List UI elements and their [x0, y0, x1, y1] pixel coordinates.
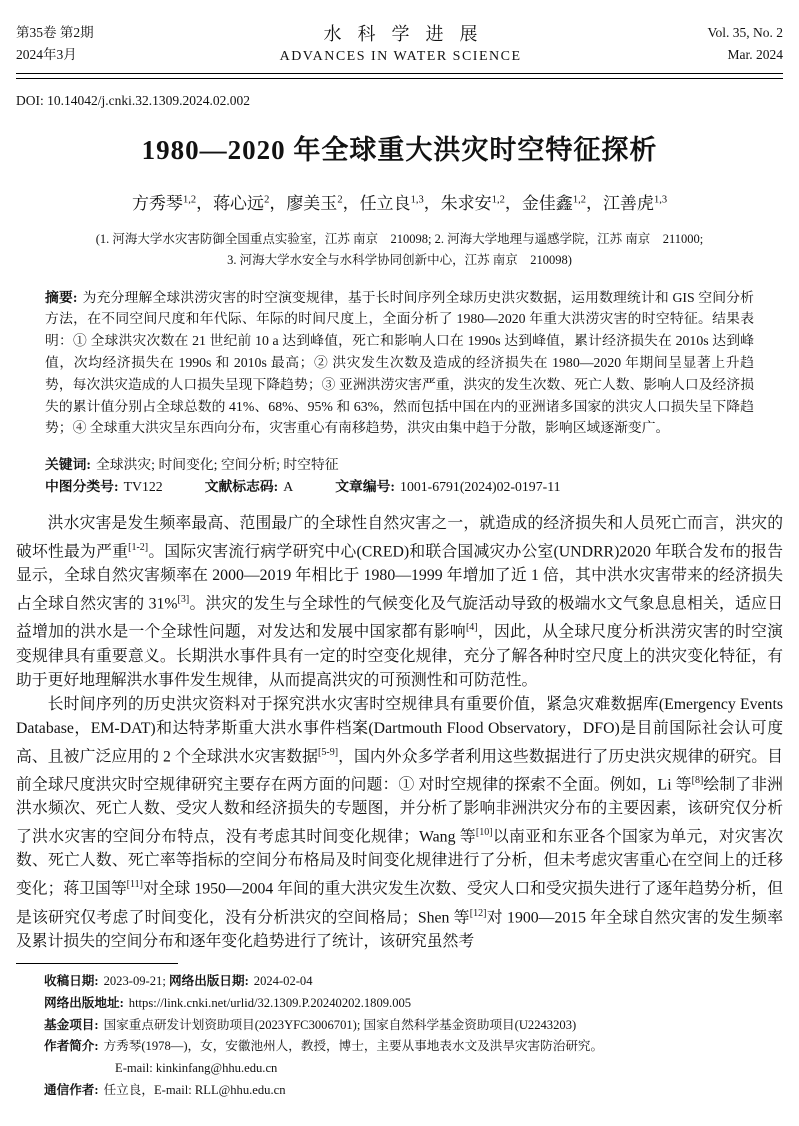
- journal-title-cn: 水科学进展: [94, 22, 708, 46]
- document-code-item: 文献标志码:A: [205, 479, 294, 494]
- received-date-label: 收稿日期:: [44, 974, 99, 988]
- online-date-label: 网络出版日期:: [169, 974, 249, 988]
- journal-volume-issue-cn: 第35卷 第2期: [16, 22, 94, 44]
- keywords-line: 关键词:全球洪灾; 时间变化; 空间分析; 时空特征: [45, 454, 754, 476]
- author-affil-superscript: 1,2: [573, 194, 586, 205]
- author-separator: ，: [343, 194, 360, 213]
- author-name: 蒋心远2: [213, 194, 269, 213]
- author-name: 朱求安1,2: [441, 194, 505, 213]
- keywords-label: 关键词:: [45, 457, 91, 472]
- author-affil-superscript: 1,2: [183, 194, 196, 205]
- journal-header-center: 水科学进展 ADVANCES IN WATER SCIENCE: [94, 22, 708, 67]
- author-separator: ，: [424, 194, 441, 213]
- online-url-value: https://link.cnki.net/urlid/32.1309.P.20…: [129, 996, 411, 1010]
- author-separator: ，: [269, 194, 286, 213]
- body-text-block: 洪水灾害是发生频率最高、范围最广的全球性自然灾害之一，就造成的经济损失和人员死亡…: [16, 512, 783, 954]
- online-url-line: 网络出版地址:https://link.cnki.net/urlid/32.13…: [44, 993, 783, 1015]
- body-paragraph: 洪水灾害是发生频率最高、范围最广的全球性自然灾害之一，就造成的经济损失和人员死亡…: [16, 512, 783, 693]
- author-name: 任立良1,3: [360, 194, 424, 213]
- author-bio-line: 作者简介:方秀琴(1978—)，女，安徽池州人，教授，博士，主要从事地表水文及洪…: [44, 1036, 783, 1058]
- online-url-label: 网络出版地址:: [44, 996, 124, 1010]
- journal-header: 第35卷 第2期 2024年3月 水科学进展 ADVANCES IN WATER…: [16, 22, 783, 67]
- author-name: 江善虎1,3: [603, 194, 667, 213]
- clc-label: 中图分类号:: [45, 479, 119, 494]
- clc-item: 中图分类号:TV122: [45, 479, 163, 494]
- article-number-label: 文章编号:: [335, 479, 395, 494]
- corresponding-author-value: 任立良，E-mail: RLL@hhu.edu.cn: [104, 1083, 286, 1097]
- article-number-item: 文章编号:1001-6791(2024)02-0197-11: [335, 479, 560, 494]
- abstract-block: 摘要:为充分理解全球洪涝灾害的时空演变规律，基于长时间序列全球历史洪灾数据，运用…: [45, 287, 754, 440]
- doi-line: DOI: 10.14042/j.cnki.32.1309.2024.02.002: [16, 93, 783, 109]
- author-bio-value: 方秀琴(1978—)，女，安徽池州人，教授，博士，主要从事地表水文及洪旱灾害防治…: [104, 1039, 604, 1053]
- authors-line: 方秀琴1,2，蒋心远2，廖美玉2，任立良1,3，朱求安1,2，金佳鑫1,2，江善…: [16, 187, 783, 217]
- author-affil-superscript: 1,2: [492, 194, 505, 205]
- author-affil-superscript: 1,3: [654, 194, 667, 205]
- footnote-block: 收稿日期:2023-09-21; 网络出版日期:2024-02-04 网络出版地…: [44, 971, 783, 1102]
- author-email-line: E-mail: kinkinfang@hhu.edu.cn: [44, 1058, 783, 1080]
- document-code-value: A: [283, 479, 293, 494]
- fund-line: 基金项目:国家重点研发计划资助项目(2023YFC3006701); 国家自然科…: [44, 1015, 783, 1037]
- paper-page: 第35卷 第2期 2024年3月 水科学进展 ADVANCES IN WATER…: [0, 0, 799, 1126]
- corresponding-author-label: 通信作者:: [44, 1083, 99, 1097]
- affiliation-line: 3. 河海大学水安全与水科学协同创新中心，江苏 南京 210098): [16, 250, 783, 271]
- document-code-label: 文献标志码:: [205, 479, 279, 494]
- journal-date-cn: 2024年3月: [16, 44, 94, 66]
- author-separator: ，: [586, 194, 603, 213]
- author-name: 金佳鑫1,2: [522, 194, 586, 213]
- author-separator: ，: [196, 194, 213, 213]
- header-divider-rule: [16, 73, 783, 79]
- body-paragraph: 长时间序列的历史洪灾资料对于探究洪水灾害时空规律具有重要价值，紧急灾难数据库(E…: [16, 693, 783, 954]
- author-separator: ，: [505, 194, 522, 213]
- received-date-line: 收稿日期:2023-09-21; 网络出版日期:2024-02-04: [44, 971, 783, 993]
- online-date-value: 2024-02-04: [254, 974, 313, 988]
- fund-label: 基金项目:: [44, 1018, 99, 1032]
- article-title: 1980—2020 年全球重大洪灾时空特征探析: [16, 133, 783, 167]
- journal-header-right: Vol. 35, No. 2 Mar. 2024: [707, 22, 783, 66]
- fund-value: 国家重点研发计划资助项目(2023YFC3006701); 国家自然科学基金资助…: [104, 1018, 577, 1032]
- footnote-separator-rule: [16, 963, 178, 964]
- author-name: 廖美玉2: [286, 194, 342, 213]
- journal-date-en: Mar. 2024: [707, 44, 783, 66]
- article-number-value: 1001-6791(2024)02-0197-11: [400, 479, 560, 494]
- author-bio-label: 作者简介:: [44, 1039, 99, 1053]
- author-affil-superscript: 1,3: [411, 194, 424, 205]
- journal-header-left: 第35卷 第2期 2024年3月: [16, 22, 94, 66]
- author-name: 方秀琴1,2: [132, 194, 196, 213]
- affiliation-line: (1. 河海大学水灾害防御全国重点实验室，江苏 南京 210098; 2. 河海…: [16, 229, 783, 250]
- classification-line: 中图分类号:TV122文献标志码:A文章编号:1001-6791(2024)02…: [45, 476, 754, 498]
- abstract-text: 为充分理解全球洪涝灾害的时空演变规律，基于长时间序列全球历史洪灾数据，运用数理统…: [45, 290, 754, 436]
- clc-value: TV122: [124, 479, 163, 494]
- abstract-label: 摘要:: [45, 290, 78, 305]
- keywords-text: 全球洪灾; 时间变化; 空间分析; 时空特征: [96, 457, 339, 472]
- affiliations-block: (1. 河海大学水灾害防御全国重点实验室，江苏 南京 210098; 2. 河海…: [16, 229, 783, 271]
- corresponding-author-line: 通信作者:任立良，E-mail: RLL@hhu.edu.cn: [44, 1080, 783, 1102]
- received-date-value: 2023-09-21;: [104, 974, 166, 988]
- journal-volume-issue-en: Vol. 35, No. 2: [707, 22, 783, 44]
- journal-title-en: ADVANCES IN WATER SCIENCE: [94, 46, 708, 67]
